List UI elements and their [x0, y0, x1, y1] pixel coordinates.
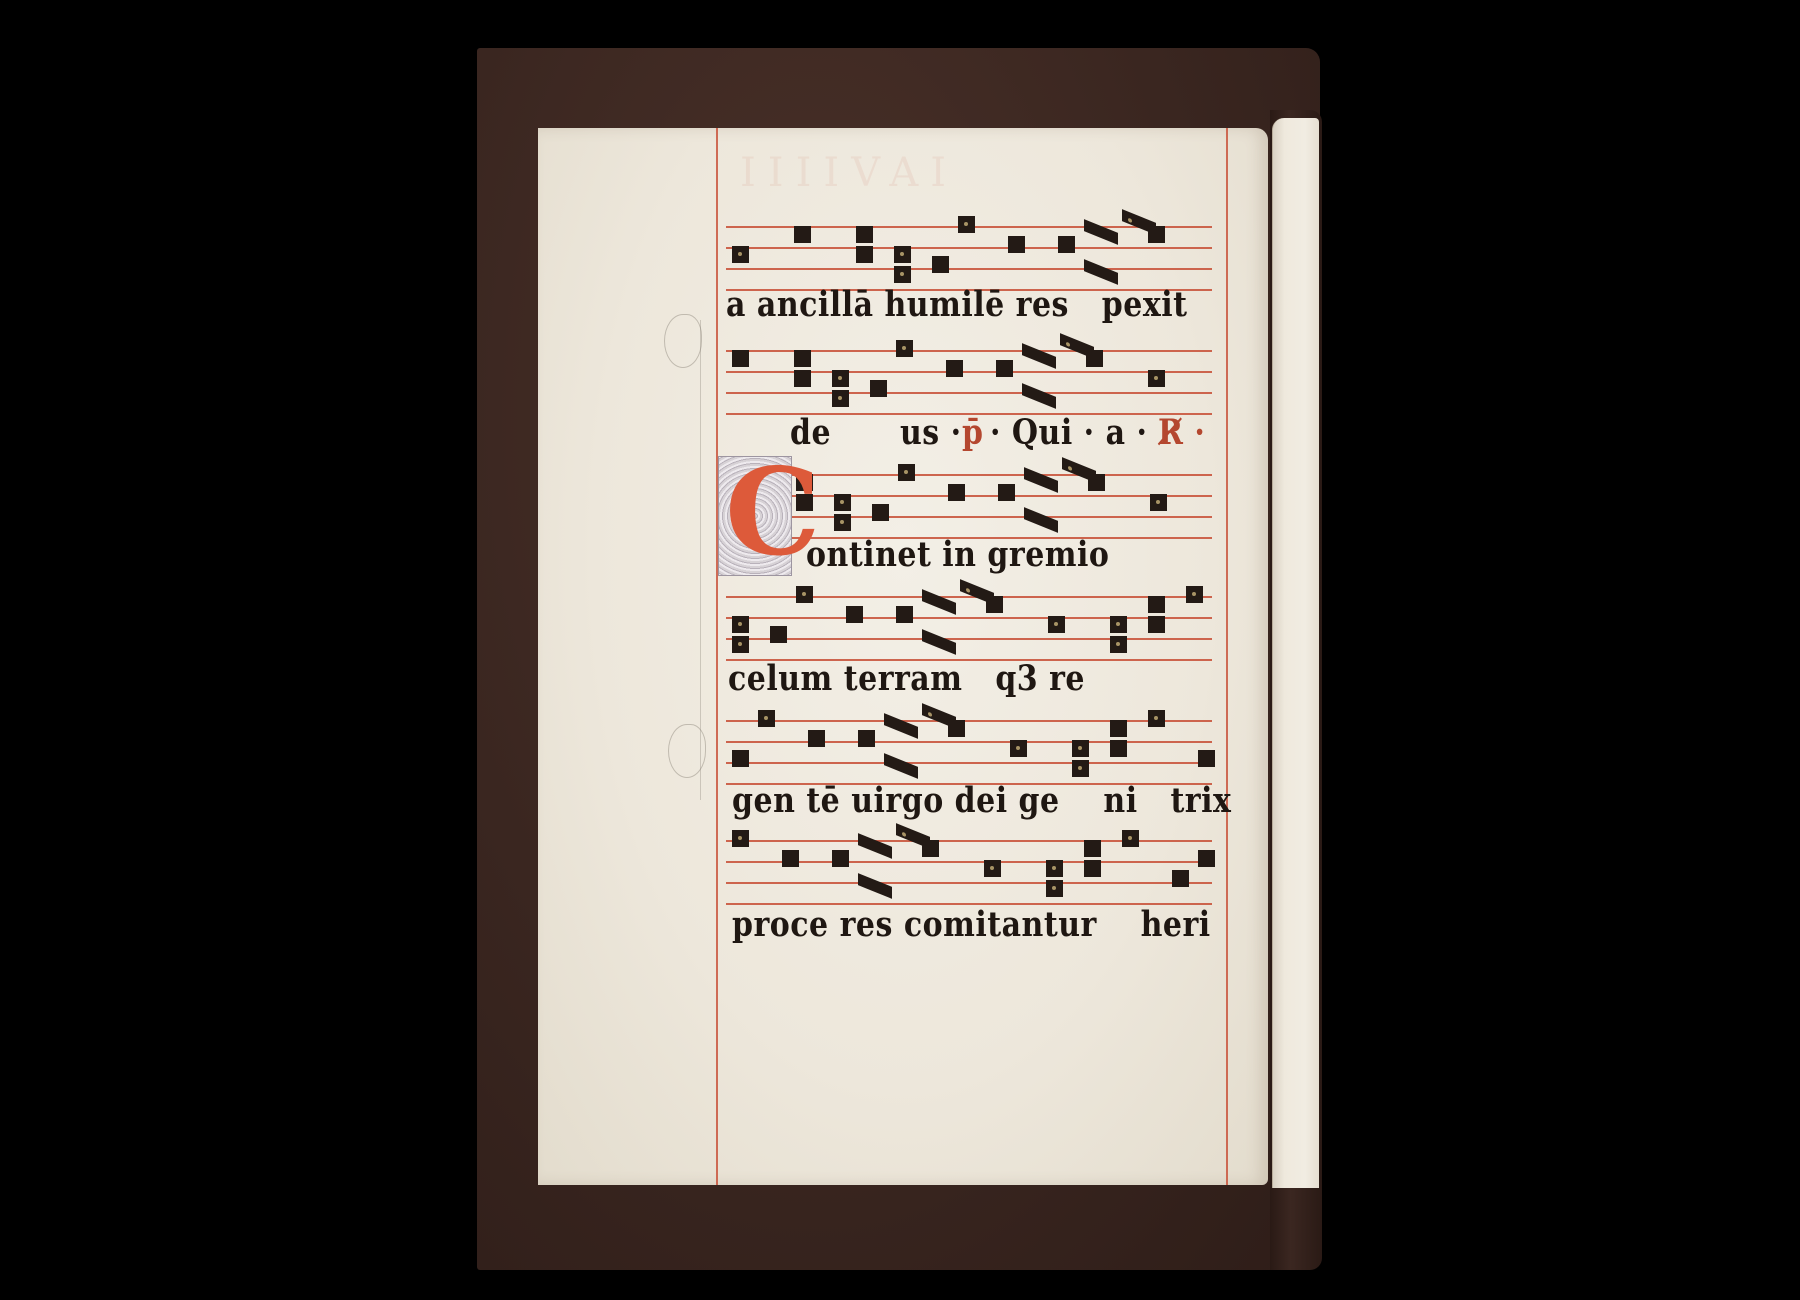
- neume-note: [832, 850, 849, 867]
- lyric-word: us ·: [900, 413, 962, 453]
- neume-note: [794, 226, 811, 243]
- staff-line: [726, 762, 1212, 764]
- neume-note: [984, 860, 1001, 877]
- neume-note: [898, 464, 915, 481]
- staff-line: [726, 617, 1212, 619]
- neume-note: [1088, 474, 1105, 491]
- neume-note: [1198, 750, 1215, 767]
- neume-note: [732, 830, 749, 847]
- neume-note: [732, 636, 749, 653]
- neume-note: [922, 840, 939, 857]
- neume-note: [808, 730, 825, 747]
- staff-line: [726, 638, 1212, 640]
- neume-note: [1086, 350, 1103, 367]
- neume-note: [834, 514, 851, 531]
- neume-note: [732, 350, 749, 367]
- neume-note: [948, 720, 965, 737]
- neume-note: [1072, 760, 1089, 777]
- neume-note: [732, 246, 749, 263]
- neume-note: [732, 750, 749, 767]
- grotesque-face-icon: [664, 314, 702, 368]
- staff-line: [726, 882, 1212, 884]
- staff-line: [790, 474, 1212, 476]
- neume-note: [870, 380, 887, 397]
- left-margin-rule: [716, 128, 718, 1185]
- neume-note: [1010, 740, 1027, 757]
- neume-note: [1008, 236, 1025, 253]
- neume-note: [1110, 740, 1127, 757]
- lyric-line-1: a ancillā humilē res pexit: [726, 285, 1187, 325]
- neume-note: [1084, 860, 1101, 877]
- neume-note: [1110, 616, 1127, 633]
- lyric-word: de: [790, 413, 831, 453]
- staff-line: [790, 516, 1212, 518]
- neume-note: [832, 370, 849, 387]
- staff-line: [726, 840, 1212, 842]
- neume-note: [1046, 880, 1063, 897]
- neume-note: [946, 360, 963, 377]
- lyric-line-3: ontinet in gremio: [806, 535, 1109, 575]
- neume-note: [1148, 370, 1165, 387]
- neume-note: [958, 216, 975, 233]
- neume-note: [1186, 586, 1203, 603]
- neume-note: [1172, 870, 1189, 887]
- neume-note: [1148, 616, 1165, 633]
- neume-note: [1048, 616, 1065, 633]
- right-margin-rule: [1226, 128, 1228, 1185]
- neume-note: [948, 484, 965, 501]
- grotesque-face-icon: [668, 724, 706, 778]
- neume-note: [1046, 860, 1063, 877]
- staff-line: [726, 268, 1212, 270]
- neume-note: [856, 246, 873, 263]
- neume-note: [770, 626, 787, 643]
- rubric-psalm-mark: p̄: [962, 413, 983, 453]
- lyric-line-4: celum terram q3 re: [728, 659, 1085, 699]
- staff-line: [726, 392, 1212, 394]
- neume-note: [896, 340, 913, 357]
- neume-note: [996, 360, 1013, 377]
- lyric-word: · Qui · a ·: [990, 413, 1147, 453]
- neume-note: [794, 370, 811, 387]
- neume-note: [872, 504, 889, 521]
- neume-note: [834, 494, 851, 511]
- neume-note: [1084, 840, 1101, 857]
- neume-note: [998, 484, 1015, 501]
- staff-line: [726, 247, 1212, 249]
- neume-note: [794, 350, 811, 367]
- neume-note: [732, 616, 749, 633]
- staff-line: [726, 720, 1212, 722]
- neume-note: [782, 850, 799, 867]
- neume-note: [1148, 710, 1165, 727]
- illuminated-initial: C: [718, 456, 792, 576]
- neume-note: [1058, 236, 1075, 253]
- neume-note: [1148, 226, 1165, 243]
- neume-note: [894, 246, 911, 263]
- lyric-line-5: gen tē uirgo dei ge ni trix: [732, 781, 1231, 821]
- lyric-line-6: proce res comitantur heri: [732, 905, 1211, 945]
- neume-note: [1072, 740, 1089, 757]
- neume-note: [1148, 596, 1165, 613]
- neume-note: [858, 730, 875, 747]
- neume-note: [1110, 636, 1127, 653]
- neume-note: [758, 710, 775, 727]
- neume-note: [986, 596, 1003, 613]
- show-through-text: IIIIVAI: [740, 150, 958, 196]
- neume-note: [1198, 850, 1215, 867]
- neume-note: [896, 606, 913, 623]
- neume-note: [796, 586, 813, 603]
- neume-note: [856, 226, 873, 243]
- neume-note: [1150, 494, 1167, 511]
- rubric-responsory-mark: R̸ ·: [1158, 413, 1205, 453]
- neume-note: [1122, 830, 1139, 847]
- neume-note: [932, 256, 949, 273]
- staff-line: [726, 741, 1212, 743]
- neume-note: [894, 266, 911, 283]
- facing-page-edge: [1272, 118, 1319, 1188]
- neume-note: [1110, 720, 1127, 737]
- neume-note: [832, 390, 849, 407]
- neume-note: [846, 606, 863, 623]
